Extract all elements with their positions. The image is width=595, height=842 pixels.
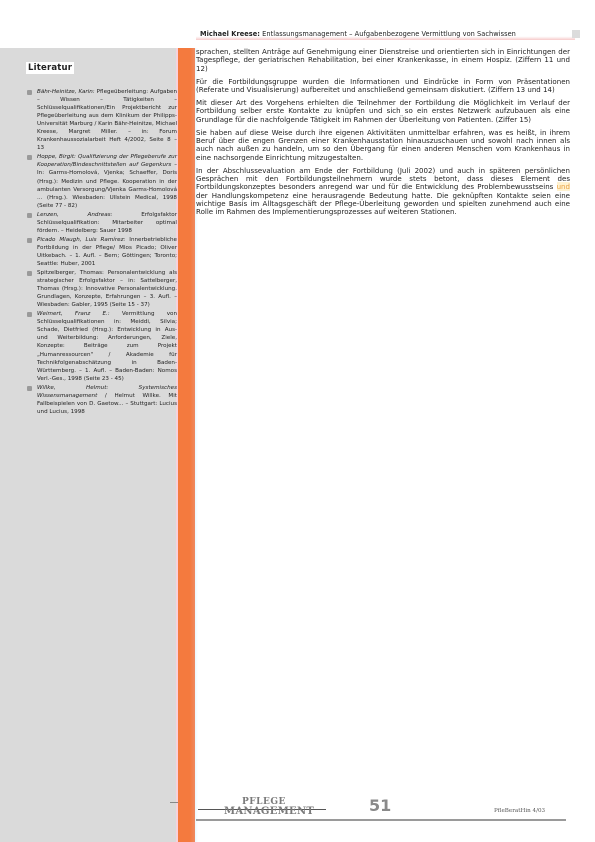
literature-author: Bähr-Heinitze, Karin:: [37, 89, 95, 95]
body-paragraph: Mit dieser Art des Vorgehens erhielten d…: [196, 99, 570, 124]
paragraph-text: der Handlungskompetenz eine herausragend…: [196, 191, 570, 217]
body-paragraph: Sie haben auf diese Weise durch ihre eig…: [196, 129, 570, 162]
body-paragraph: sprachen, stellten Anträge auf Genehmigu…: [196, 48, 570, 73]
literature-item: Spitzelberger, Thomas: Personalentwicklu…: [27, 269, 177, 309]
square-bullet-icon: [27, 271, 32, 276]
header-author: Michael Kreese:: [200, 30, 260, 38]
literature-text: Spitzelberger, Thomas: Personalentwicklu…: [37, 270, 177, 308]
literature-author: Lenzen, Andreas:: [37, 212, 112, 218]
literature-item: Willke, Helmut: Systemisches Wissensmana…: [27, 384, 177, 416]
square-bullet-icon: [27, 386, 32, 391]
logo-bottom-text: MANAGEMENT: [224, 806, 314, 817]
running-header: Michael Kreese: Entlassungsmanagement – …: [196, 28, 575, 40]
literature-text: Pflegeüberleitung: Aufgaben – Wissen – T…: [37, 89, 177, 151]
page-number: 51: [369, 797, 391, 815]
square-bullet-icon: [27, 238, 32, 243]
header-title: Entlassungsmanagement – Aufgabenbezogene…: [262, 30, 516, 38]
accent-stripe: [178, 48, 195, 842]
literature-item: Picado Mlaugh, Luis Ramírez: Innerbetrie…: [27, 236, 177, 268]
literature-author: Picado Mlaugh, Luis Ramírez:: [37, 237, 125, 243]
literature-item: Hoppe, Birgit: Qualifizierung der Pflege…: [27, 153, 177, 209]
literature-list: Bähr-Heinitze, Karin: Pflegeüberleitung:…: [27, 88, 177, 417]
literature-item: Lenzen, Andreas: Erfolgsfaktor Schlüssel…: [27, 211, 177, 235]
footer-rule: [196, 819, 566, 821]
literature-author: Hoppe, Birgit: Qualifizierung der Pflege…: [37, 154, 177, 168]
body-paragraph-final: In der Abschlussevaluation am Ende der F…: [196, 167, 570, 217]
paragraph-text: In der Abschlussevaluation am Ende der F…: [196, 166, 570, 192]
body-paragraph: Für die Fortbildungsgruppe wurden die In…: [196, 78, 570, 95]
footer-rule-short: [170, 802, 178, 803]
square-bullet-icon: [27, 213, 32, 218]
square-bullet-icon: [27, 312, 32, 317]
square-bullet-icon: [27, 90, 32, 95]
literature-item: Bähr-Heinitze, Karin: Pflegeüberleitung:…: [27, 88, 177, 152]
literature-item: Weimert, Franz E.: Vermittlung von Schlü…: [27, 310, 177, 382]
article-body: sprachen, stellten Anträge auf Genehmigu…: [196, 48, 570, 221]
issue-label: PfleBeratHin 4/03: [494, 808, 545, 814]
square-bullet-icon: [27, 155, 32, 160]
literature-author: Weimert, Franz E.:: [37, 311, 110, 317]
header-tab-marker: [572, 30, 580, 38]
literature-text: Vermittlung von Schlüsselqualifikationen…: [37, 311, 177, 381]
literature-text: – In: Garms-Homolová, Vjenka; Schaeffer,…: [37, 162, 177, 208]
literature-heading: Literatur: [26, 62, 74, 74]
